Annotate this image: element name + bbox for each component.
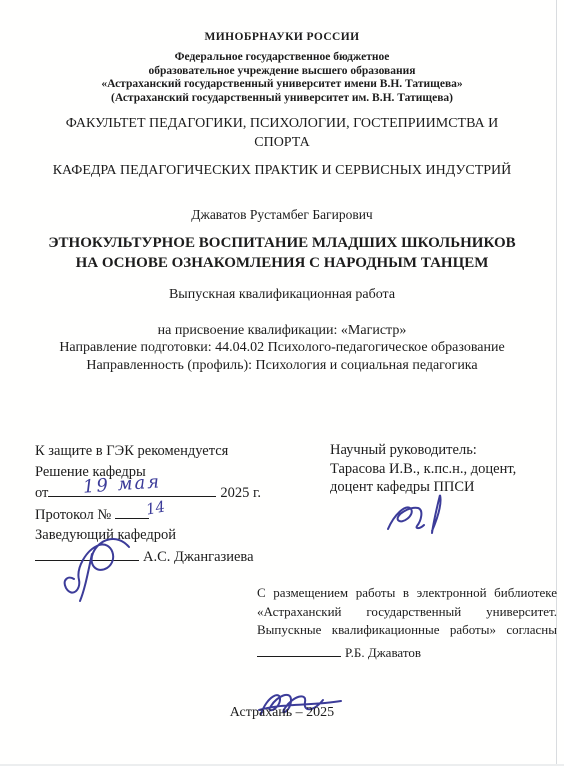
program-line: Направление подготовки: 44.04.02 Психоло… bbox=[0, 339, 564, 356]
head-label: Заведующий кафедрой bbox=[35, 525, 293, 546]
approval-recommendation: К защите в ГЭК рекомендуется bbox=[35, 441, 293, 462]
ministry-heading: МИНОБРНАУКИ РОССИИ bbox=[0, 31, 564, 43]
document-page: МИНОБРНАУКИ РОССИИ Федеральное государст… bbox=[0, 0, 564, 766]
thesis-title-line: НА ОСНОВЕ ОЗНАКОМЛЕНИЯ С НАРОДНЫМ ТАНЦЕМ bbox=[0, 254, 564, 274]
consent-sign-row: Р.Б. Джаватов bbox=[257, 642, 557, 663]
institution-line: «Астраханский государственный университе… bbox=[0, 78, 564, 92]
approval-block: К защите в ГЭК рекомендуется Решение каф… bbox=[35, 441, 293, 567]
author-name: Джаватов Рустамбег Багирович bbox=[0, 207, 564, 223]
supervisor-label: Научный руководитель: bbox=[330, 441, 545, 460]
qualification-block: на присвоение квалификации: «Магистр» На… bbox=[0, 322, 564, 374]
protocol-row: Протокол № 14 bbox=[35, 504, 293, 526]
supervisor-signature bbox=[382, 491, 454, 541]
date-blank-line bbox=[48, 482, 216, 497]
institution-line: Федеральное государственное бюджетное bbox=[0, 51, 564, 65]
qualification-line: на присвоение квалификации: «Магистр» bbox=[0, 322, 564, 339]
protocol-blank-line bbox=[115, 504, 149, 519]
profile-line: Направленность (профиль): Психология и с… bbox=[0, 357, 564, 374]
head-signature-line bbox=[35, 546, 139, 561]
institution-line: (Астраханский государственный университе… bbox=[0, 92, 564, 106]
city-year: Астрахань – 2025 bbox=[0, 705, 564, 721]
approval-date-row: от2025 г. 19 мая bbox=[35, 482, 293, 504]
date-suffix: 2025 г. bbox=[220, 485, 261, 501]
faculty-line: СПОРТА bbox=[0, 133, 564, 152]
faculty-heading: ФАКУЛЬТЕТ ПЕДАГОГИКИ, ПСИХОЛОГИИ, ГОСТЕП… bbox=[0, 114, 564, 152]
institution-line: образовательное учреждение высшего образ… bbox=[0, 65, 564, 79]
consent-text: С размещением работы в электронной библи… bbox=[257, 584, 557, 640]
work-type: Выпускная квалификационная работа bbox=[0, 287, 564, 303]
faculty-line: ФАКУЛЬТЕТ ПЕДАГОГИКИ, ПСИХОЛОГИИ, ГОСТЕП… bbox=[0, 114, 564, 133]
protocol-label: Протокол № bbox=[35, 507, 111, 523]
consent-name: Р.Б. Джаватов bbox=[345, 645, 421, 660]
institution-block: Федеральное государственное бюджетное об… bbox=[0, 51, 564, 105]
consent-signature-line bbox=[257, 642, 341, 657]
supervisor-position: доцент кафедры ППСИ bbox=[330, 478, 545, 497]
date-prefix: от bbox=[35, 485, 48, 501]
head-sign-row: А.С. Джангазиева bbox=[35, 546, 293, 568]
thesis-title: ЭТНОКУЛЬТУРНОЕ ВОСПИТАНИЕ МЛАДШИХ ШКОЛЬН… bbox=[0, 234, 564, 273]
consent-block: С размещением работы в электронной библи… bbox=[257, 584, 557, 662]
approval-decision: Решение кафедры bbox=[35, 462, 293, 483]
department-heading: КАФЕДРА ПЕДАГОГИЧЕСКИХ ПРАКТИК И СЕРВИСН… bbox=[0, 163, 564, 179]
supervisor-block: Научный руководитель: Тарасова И.В., к.п… bbox=[330, 441, 545, 497]
head-name: А.С. Джангазиева bbox=[143, 549, 254, 565]
supervisor-name: Тарасова И.В., к.пс.н., доцент, bbox=[330, 460, 545, 479]
thesis-title-line: ЭТНОКУЛЬТУРНОЕ ВОСПИТАНИЕ МЛАДШИХ ШКОЛЬН… bbox=[0, 234, 564, 254]
